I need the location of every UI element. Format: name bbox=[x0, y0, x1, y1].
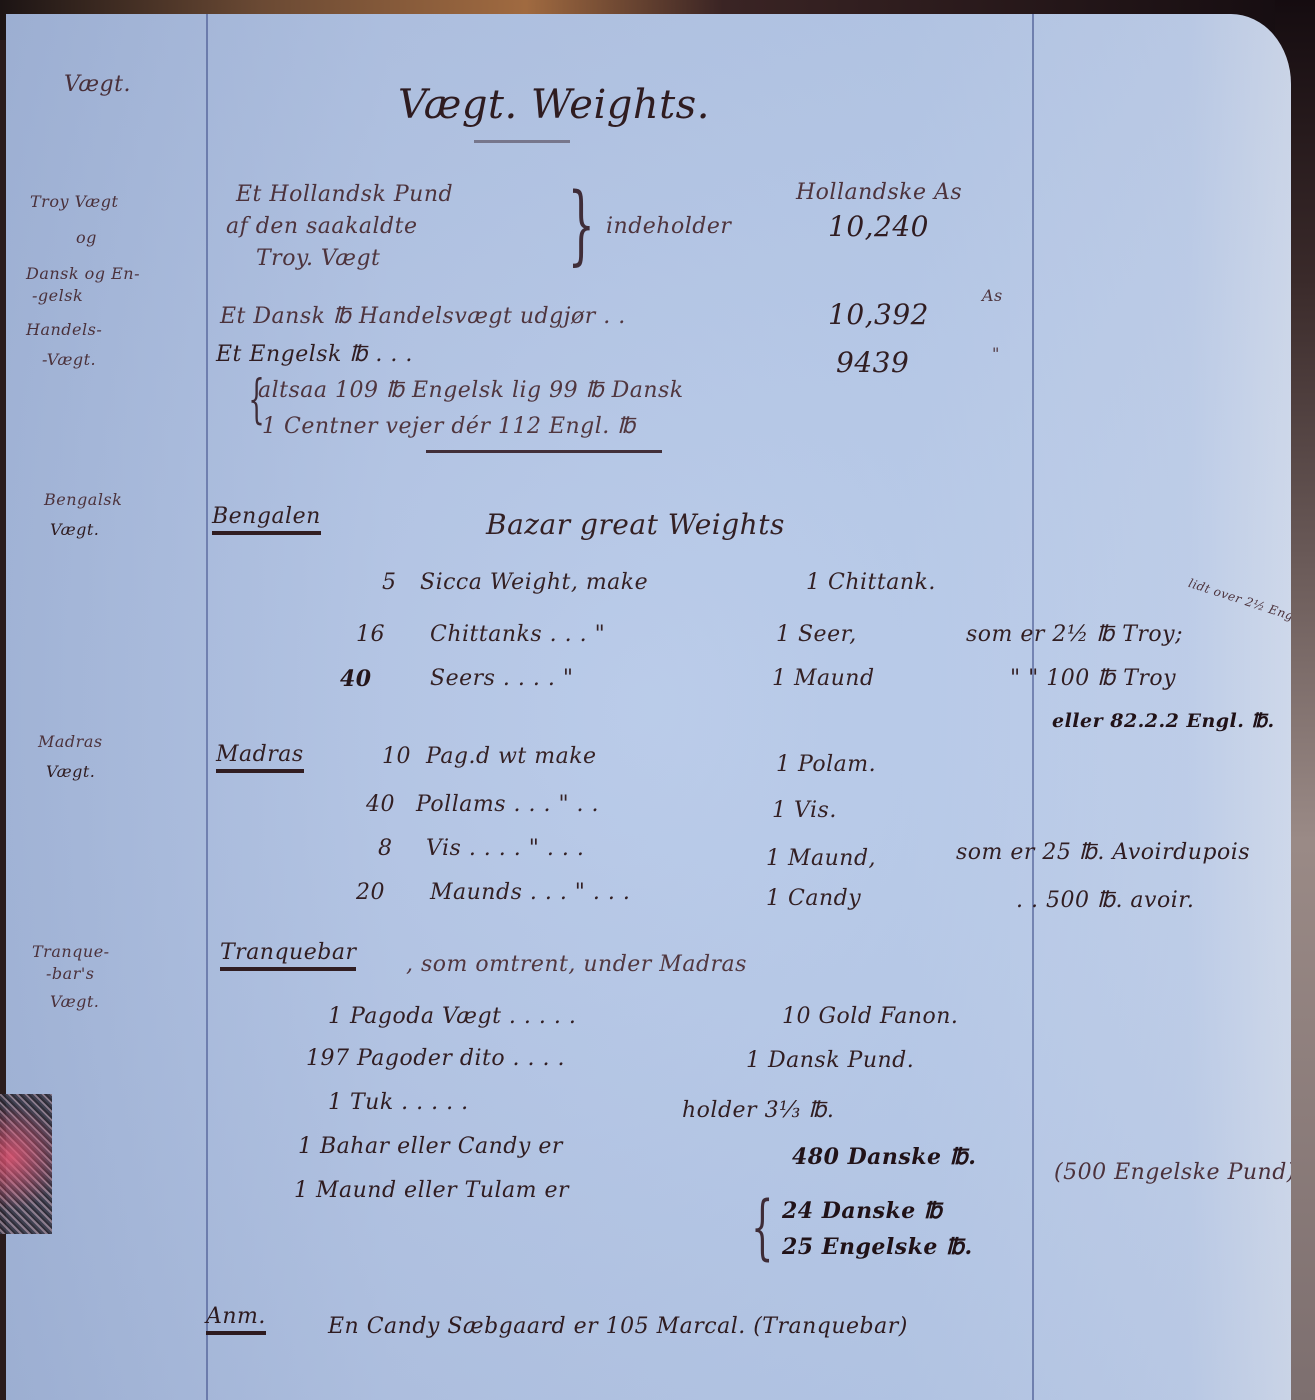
madras-row-4-qty: 20 bbox=[356, 880, 385, 905]
bengal-side-note-bottom: eller 82.2.2 Engl. ℔. bbox=[1052, 710, 1275, 732]
margin-madras-2: Vægt. bbox=[46, 762, 95, 781]
madras-row-4-result: 1 Candy bbox=[766, 886, 861, 911]
margin-troy-2: og bbox=[76, 228, 97, 247]
madras-row-1-result: 1 Polam. bbox=[776, 752, 876, 777]
troy-line-1: Et Hollandsk Pund bbox=[236, 182, 453, 207]
tranquebar-row-2-right: 1 Dansk Pund. bbox=[746, 1048, 914, 1073]
troy-note-2: 1 Centner vejer dér 112 Engl. ℔ bbox=[262, 414, 636, 439]
tranquebar-row-4-left: 1 Bahar eller Candy er bbox=[298, 1134, 563, 1159]
tranquebar-label: Tranquebar bbox=[220, 940, 356, 971]
madras-row-4-item: Maunds . . . " . . . bbox=[430, 880, 630, 905]
bengal-side-note-top: lidt over 2½ Engl. bbox=[1187, 576, 1291, 626]
troy-col-heading: Hollandske As bbox=[796, 180, 962, 205]
bengal-row-1-item: Sicca Weight, make bbox=[420, 570, 648, 595]
madras-row-3-note: som er 25 ℔. Avoirdupois bbox=[956, 840, 1250, 865]
bengal-row-2-item: Chittanks . . . " bbox=[430, 622, 605, 647]
margin-tranquebar-3: Vægt. bbox=[50, 992, 99, 1011]
tranquebar-row-3-right: holder 3⅓ ℔. bbox=[682, 1098, 834, 1123]
troy-value-hollandsk: 10,240 bbox=[828, 210, 929, 243]
margin-rule-left bbox=[206, 14, 208, 1400]
troy-english-value: 9439 bbox=[836, 346, 909, 379]
madras-row-2-result: 1 Vis. bbox=[772, 798, 837, 823]
tranquebar-row-1-right: 10 Gold Fanon. bbox=[782, 1004, 958, 1029]
tranquebar-row-5-right-b: 25 Engelske ℔. bbox=[782, 1234, 973, 1260]
troy-english-unit: " bbox=[992, 344, 1000, 363]
section-divider bbox=[426, 450, 662, 453]
margin-troy-1: Troy Vægt bbox=[30, 192, 118, 211]
tranquebar-row-3-left: 1 Tuk . . . . . bbox=[328, 1090, 469, 1115]
margin-troy-5: Handels- bbox=[26, 320, 102, 339]
troy-line-3: Troy. Vægt bbox=[256, 246, 380, 271]
margin-tranquebar-2: -bar's bbox=[46, 964, 94, 983]
manuscript-page: Vægt. Vægt. Weights. Troy Vægt og Dansk … bbox=[6, 14, 1291, 1400]
margin-troy-3: Dansk og En- bbox=[26, 264, 140, 283]
troy-danish-unit: As bbox=[982, 286, 1003, 305]
troy-line-2-mid: indeholder bbox=[606, 214, 731, 239]
bengal-row-3-note: " " 100 ℔ Troy bbox=[1010, 666, 1176, 691]
title-underline bbox=[474, 140, 570, 143]
madras-row-4-note: . . 500 ℔. avoir. bbox=[1016, 888, 1194, 913]
troy-english-line: Et Engelsk ℔ . . . bbox=[216, 342, 413, 367]
tranquebar-row-5-brace: { bbox=[751, 1192, 773, 1262]
tranquebar-row-4-note: (500 Engelske Pund) bbox=[1054, 1160, 1291, 1185]
madras-row-3-result: 1 Maund, bbox=[766, 846, 876, 871]
tranquebar-row-1-left: 1 Pagoda Vægt . . . . . bbox=[328, 1004, 576, 1029]
troy-note-1: altsaa 109 ℔ Engelsk lig 99 ℔ Dansk bbox=[258, 378, 684, 403]
madras-row-1-qty: 10 bbox=[382, 744, 411, 769]
bengal-label: Bengalen bbox=[212, 504, 321, 535]
margin-troy-6: -Vægt. bbox=[42, 350, 96, 369]
tranquebar-row-4-right: 480 Danske ℔. bbox=[792, 1144, 976, 1170]
footer-note-text: En Candy Sæbgaard er 105 Marcal. (Tranqu… bbox=[328, 1314, 908, 1339]
bengal-row-1-result: 1 Chittank. bbox=[806, 570, 936, 595]
margin-troy-4: -gelsk bbox=[32, 286, 83, 305]
madras-row-2-item: Pollams . . . " . . bbox=[416, 792, 599, 817]
margin-label-header: Vægt. bbox=[64, 72, 131, 97]
madras-label: Madras bbox=[216, 742, 304, 773]
bengal-row-1-qty: 5 bbox=[382, 570, 397, 595]
margin-tranquebar-1: Tranque- bbox=[32, 942, 110, 961]
margin-rule-right bbox=[1032, 14, 1034, 1400]
tranquebar-intro: , som omtrent, under Madras bbox=[406, 952, 747, 977]
madras-row-3-qty: 8 bbox=[378, 836, 393, 861]
bengal-row-3-result: 1 Maund bbox=[772, 666, 875, 691]
footer-note-label: Anm. bbox=[206, 1304, 266, 1335]
tranquebar-row-2-left: 197 Pagoder dito . . . . bbox=[306, 1046, 565, 1071]
margin-bengal-2: Vægt. bbox=[50, 520, 99, 539]
margin-madras-1: Madras bbox=[38, 732, 103, 751]
bengal-row-2-result: 1 Seer, bbox=[776, 622, 857, 647]
bengal-row-2-qty: 16 bbox=[356, 622, 385, 647]
tranquebar-row-5-left: 1 Maund eller Tulam er bbox=[294, 1178, 569, 1203]
margin-bengal-1: Bengalsk bbox=[44, 490, 122, 509]
troy-line-2: af den saakaldte bbox=[226, 214, 417, 239]
bengal-row-3-qty: 40 bbox=[340, 666, 372, 692]
madras-row-2-qty: 40 bbox=[366, 792, 395, 817]
image-artifact-patch bbox=[0, 1094, 52, 1234]
page-title: Vægt. Weights. bbox=[398, 82, 710, 128]
troy-danish-value: 10,392 bbox=[828, 298, 929, 331]
troy-danish-line: Et Dansk ℔ Handelsvægt udgjør . . bbox=[220, 304, 626, 329]
tranquebar-row-5-right-a: 24 Danske ℔ bbox=[782, 1198, 942, 1224]
bengal-row-2-note: som er 2½ ℔ Troy; bbox=[966, 622, 1183, 647]
bengal-row-3-item: Seers . . . . " bbox=[430, 666, 573, 691]
bengal-heading: Bazar great Weights bbox=[486, 508, 785, 541]
madras-row-1-item: Pag.d wt make bbox=[426, 744, 597, 769]
troy-brace: } bbox=[568, 182, 595, 268]
madras-row-3-item: Vis . . . . " . . . bbox=[426, 836, 584, 861]
